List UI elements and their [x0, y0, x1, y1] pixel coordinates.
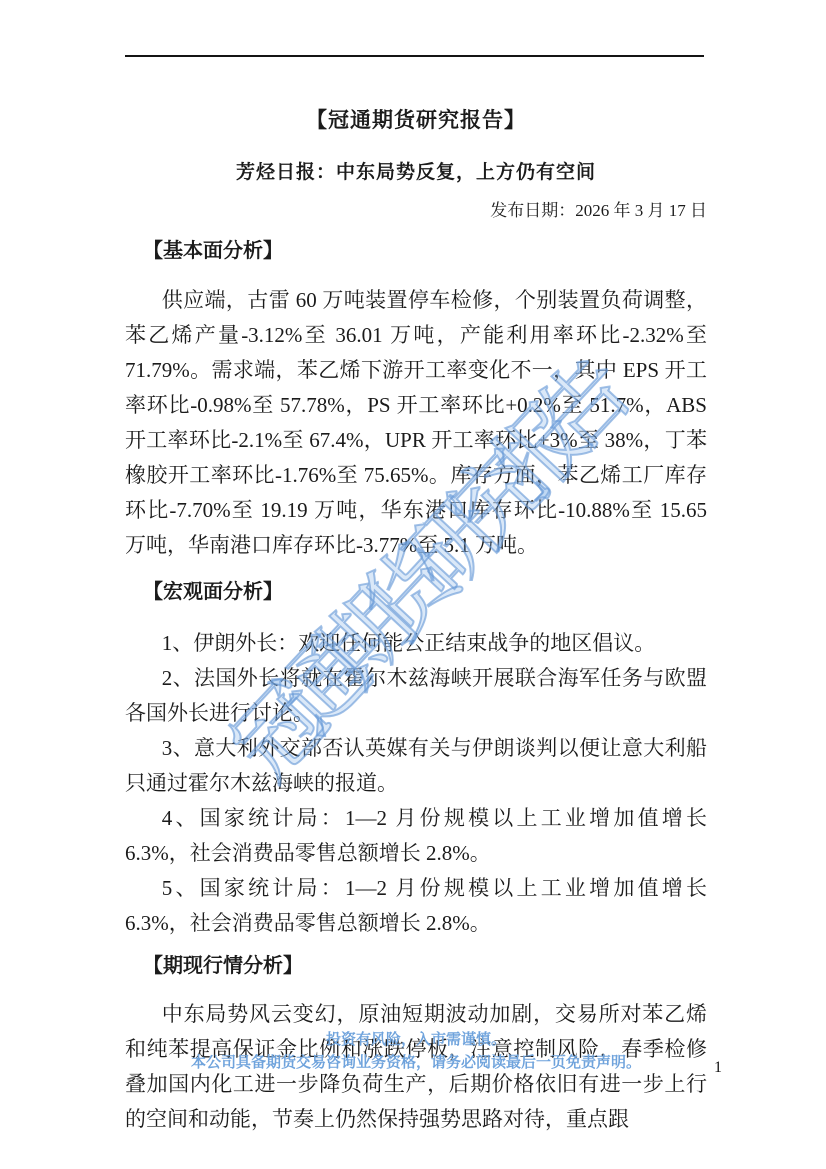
report-title: 芳烃日报：中东局势反复，上方仍有空间	[125, 160, 707, 186]
risk-warning-line: 投资有风险，入市需谨慎。	[125, 1028, 707, 1051]
macro-item-4: 4、国家统计局：1—2 月份规模以上工业增加值增长 6.3%，社会消费品零售总额…	[125, 801, 707, 871]
fundamental-paragraph: 供应端，古雷 60 万吨装置停车检修，个别装置负荷调整，苯乙烯产量-3.12%至…	[125, 283, 707, 563]
macro-item-5: 5、国家统计局：1—2 月份规模以上工业增加值增长 6.3%，社会消费品零售总额…	[125, 871, 707, 941]
section-heading-fundamental: 【基本面分析】	[125, 238, 707, 265]
footer-disclaimer: 投资有风险，入市需谨慎。 本公司具备期货交易咨询业务资格，请务必阅读最后一页免责…	[125, 1028, 707, 1074]
report-series-title: 【冠通期货研究报告】	[125, 106, 707, 134]
macro-item-1: 1、伊朗外长：欢迎任何能公正结束战争的地区倡议。	[125, 626, 707, 661]
qualification-line: 本公司具备期货交易咨询业务资格，请务必阅读最后一页免责声明。	[125, 1051, 707, 1074]
macro-item-2: 2、法国外长将就在霍尔木兹海峡开展联合海军任务与欧盟各国外长进行讨论。	[125, 661, 707, 731]
macro-item-3: 3、意大利外交部否认英媒有关与伊朗谈判以便让意大利船只通过霍尔木兹海峡的报道。	[125, 731, 707, 801]
document-page: 冠通期货研究报告 【冠通期货研究报告】 芳烃日报：中东局势反复，上方仍有空间 发…	[0, 0, 826, 1169]
document-content: 【冠通期货研究报告】 芳烃日报：中东局势反复，上方仍有空间 发布日期：2026 …	[125, 0, 707, 1137]
page-number: 1	[714, 1058, 722, 1078]
section-heading-macro: 【宏观面分析】	[125, 579, 707, 606]
section-heading-market: 【期现行情分析】	[125, 953, 707, 980]
publish-date: 发布日期：2026 年 3 月 17 日	[125, 199, 707, 223]
macro-items-list: 1、伊朗外长：欢迎任何能公正结束战争的地区倡议。 2、法国外长将就在霍尔木兹海峡…	[125, 626, 707, 941]
